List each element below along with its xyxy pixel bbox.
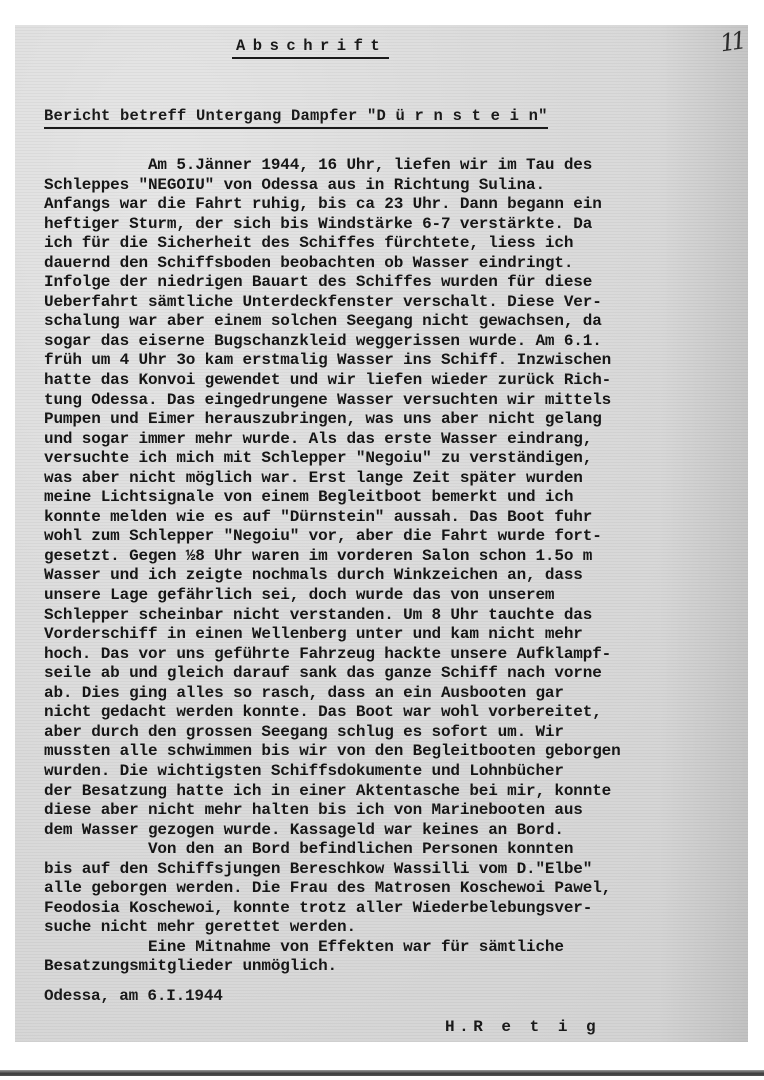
text-line: ich für die Sicherheit des Schiffes fürc… xyxy=(44,234,744,254)
text-line: diese aber nicht mehr halten bis ich von… xyxy=(44,801,744,821)
paragraph-1: Am 5.Jänner 1944, 16 Uhr, liefen wir im … xyxy=(44,156,744,840)
text-line: sogar das eiserne Bugschanzkleid weggeri… xyxy=(44,332,744,352)
signature: H.R e t i g xyxy=(445,1018,600,1036)
text-line: der Besatzung hatte ich in einer Aktenta… xyxy=(44,782,744,802)
text-line: Wasser und ich zeigte nochmals durch Win… xyxy=(44,566,744,586)
text-line: Schlepper scheinbar nicht verstanden. Um… xyxy=(44,606,744,626)
text-line: Besatzungsmitglieder unmöglich. xyxy=(44,957,744,977)
document-heading: Abschrift xyxy=(232,36,389,59)
report-body: Am 5.Jänner 1944, 16 Uhr, liefen wir im … xyxy=(44,156,744,977)
text-line: versuchte ich mich mit Schlepper "Negoiu… xyxy=(44,449,744,469)
text-line: wohl zum Schlepper "Negoiu" vor, aber di… xyxy=(44,527,744,547)
text-line: unsere Lage gefährlich sei, doch wurde d… xyxy=(44,586,744,606)
text-line: mussten alle schwimmen bis wir von den B… xyxy=(44,742,744,762)
text-line: Anfangs war die Fahrt ruhig, bis ca 23 U… xyxy=(44,195,744,215)
text-line: Vorderschiff in einen Wellenberg unter u… xyxy=(44,625,744,645)
text-line: was aber nicht möglich war. Erst lange Z… xyxy=(44,469,744,489)
scan-edge-shadow xyxy=(0,1070,764,1076)
place-and-date: Odessa, am 6.I.1944 xyxy=(44,987,223,1005)
text-line: Am 5.Jänner 1944, 16 Uhr, liefen wir im … xyxy=(44,156,744,176)
text-line: alle geborgen werden. Die Frau des Matro… xyxy=(44,879,744,899)
text-line: heftiger Sturm, der sich bis Windstärke … xyxy=(44,215,744,235)
text-line: früh um 4 Uhr 3o kam erstmalig Wasser in… xyxy=(44,351,744,371)
text-line: tung Odessa. Das eingedrungene Wasser ve… xyxy=(44,391,744,411)
text-line: suche nicht mehr gerettet werden. xyxy=(44,918,744,938)
paragraph-2: Von den an Bord befindlichen Personen ko… xyxy=(44,840,744,938)
text-line: Ueberfahrt sämtliche Unterdeckfenster ve… xyxy=(44,293,744,313)
text-line: konnte melden wie es auf "Dürnstein" aus… xyxy=(44,508,744,528)
text-line: wurden. Die wichtigsten Schiffsdokumente… xyxy=(44,762,744,782)
text-line: dauernd den Schiffsboden beobachten ob W… xyxy=(44,254,744,274)
document-subject: Bericht betreff Untergang Dampfer "D ü r… xyxy=(44,106,548,129)
text-line: Pumpen und Eimer herauszubringen, was un… xyxy=(44,410,744,430)
text-line: seile ab und gleich darauf sank das ganz… xyxy=(44,664,744,684)
text-line: meine Lichtsignale von einem Begleitboot… xyxy=(44,488,744,508)
text-line: aber durch den grossen Seegang schlug es… xyxy=(44,723,744,743)
text-line: Eine Mitnahme von Effekten war für sämtl… xyxy=(44,938,744,958)
text-line: Von den an Bord befindlichen Personen ko… xyxy=(44,840,744,860)
text-line: gesetzt. Gegen ½8 Uhr waren im vorderen … xyxy=(44,547,744,567)
text-line: Infolge der niedrigen Bauart des Schiffe… xyxy=(44,273,744,293)
text-line: schalung war aber einem solchen Seegang … xyxy=(44,312,744,332)
text-line: hatte das Konvoi gewendet und wir liefen… xyxy=(44,371,744,391)
text-line: nicht gedacht werden konnte. Das Boot wa… xyxy=(44,703,744,723)
text-line: Feodosia Koschewoi, konnte trotz aller W… xyxy=(44,899,744,919)
text-line: Schleppes "NEGOIU" von Odessa aus in Ric… xyxy=(44,176,744,196)
text-line: und sogar immer mehr wurde. Als das erst… xyxy=(44,430,744,450)
text-line: bis auf den Schiffsjungen Bereschkow Was… xyxy=(44,860,744,880)
text-line: hoch. Das vor uns geführte Fahrzeug hack… xyxy=(44,645,744,665)
text-line: ab. Dies ging alles so rasch, dass an ei… xyxy=(44,684,744,704)
handwritten-page-number: 11 xyxy=(718,27,744,58)
text-line: dem Wasser gezogen wurde. Kassageld war … xyxy=(44,821,744,841)
paragraph-3: Eine Mitnahme von Effekten war für sämtl… xyxy=(44,938,744,977)
